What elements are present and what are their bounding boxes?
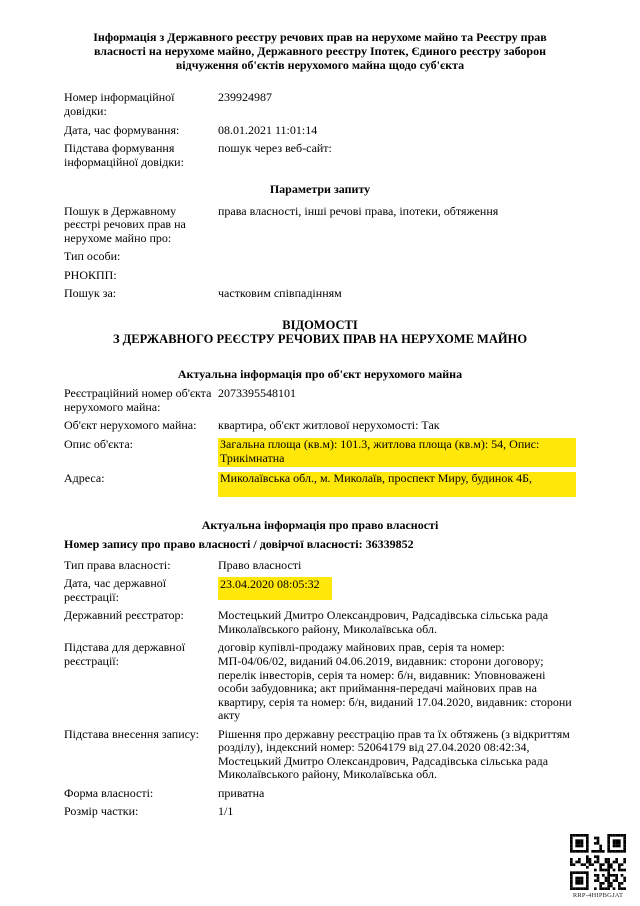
field-value: 2073395548101 xyxy=(218,387,576,414)
field-value: 1/1 xyxy=(218,805,576,819)
field-row-rnokpp: РНОКПП: xyxy=(64,269,576,283)
field-row-ownership-form: Форма власності: приватна xyxy=(64,787,576,801)
field-row-search-scope: Пошук в Державному реєстрі речових прав … xyxy=(64,205,576,246)
field-value xyxy=(218,250,576,264)
field-row-object-type: Об'єкт нерухомого майна: квартира, об'єк… xyxy=(64,419,576,433)
field-value: права власності, інші речові права, іпот… xyxy=(218,205,576,246)
field-label: Тип права власності: xyxy=(64,559,214,573)
field-label: Опис об'єкта: xyxy=(64,438,214,467)
field-label: Тип особи: xyxy=(64,250,214,264)
field-row-address: Адреса: Миколаївська обл., м. Миколаїв, … xyxy=(64,472,576,497)
field-value: Право власності xyxy=(218,559,576,573)
register-heading-line2: З ДЕРЖАВНОГО РЕЄСТРУ РЕЧОВИХ ПРАВ НА НЕР… xyxy=(64,332,576,346)
section-heading-ownership-info: Актуальна інформація про право власності xyxy=(64,519,576,533)
field-label: Об'єкт нерухомого майна: xyxy=(64,419,214,433)
field-value: частковим співпадінням xyxy=(218,287,576,301)
qr-block: RRP-4HIPBGJAT xyxy=(567,834,629,899)
qr-code xyxy=(570,834,626,890)
qr-caption: RRP-4HIPBGJAT xyxy=(567,892,629,899)
field-label: Форма власності: xyxy=(64,787,214,801)
field-value: договір купівлі-продажу майнових прав, с… xyxy=(218,641,576,722)
field-label: Адреса: xyxy=(64,472,214,497)
register-heading-line1: ВІДОМОСТІ xyxy=(64,318,576,332)
ownership-record-number-line: Номер запису про право власності / довір… xyxy=(64,538,576,552)
document-content: Інформація з Державного реєстру речових … xyxy=(0,0,640,819)
section-heading-object-info: Актуальна інформація про об'єкт нерухомо… xyxy=(64,368,576,382)
register-heading: ВІДОМОСТІ З ДЕРЖАВНОГО РЕЄСТРУ РЕЧОВИХ П… xyxy=(64,318,576,347)
field-value: Мостецький Дмитро Олександрович, Радсаді… xyxy=(218,609,576,636)
field-label: Пошук в Державному реєстрі речових прав … xyxy=(64,205,214,246)
field-value: пошук через веб-сайт: xyxy=(218,142,576,169)
field-value: 08.01.2021 11:01:14 xyxy=(218,124,576,138)
field-value-highlighted: Загальна площа (кв.м): 101.3, житлова пл… xyxy=(218,438,576,467)
field-value-highlighted: 23.04.2020 08:05:32 xyxy=(218,577,332,600)
field-row-certificate-number: Номер інформаційної довідки: 239924987 xyxy=(64,91,576,118)
field-value xyxy=(218,269,576,283)
field-label: Номер інформаційної довідки: xyxy=(64,91,214,118)
field-label: Підстава внесення запису: xyxy=(64,728,214,782)
field-label: Дата, час державної реєстрації: xyxy=(64,577,214,604)
field-label: Підстава для державної реєстрації: xyxy=(64,641,214,722)
field-label: Розмір частки: xyxy=(64,805,214,819)
field-value: 239924987 xyxy=(218,91,576,118)
field-row-formation-basis: Підстава формування інформаційної довідк… xyxy=(64,142,576,169)
field-row-search-by: Пошук за: частковим співпадінням xyxy=(64,287,576,301)
field-label: Пошук за: xyxy=(64,287,214,301)
field-row-registration-basis: Підстава для державної реєстрації: догов… xyxy=(64,641,576,722)
field-row-share-size: Розмір частки: 1/1 xyxy=(64,805,576,819)
document-title: Інформація з Державного реєстру речових … xyxy=(72,30,568,72)
field-row-person-type: Тип особи: xyxy=(64,250,576,264)
field-row-registration-number: Реєстраційний номер об'єкта нерухомого м… xyxy=(64,387,576,414)
field-row-state-registrar: Державний реєстратор: Мостецький Дмитро … xyxy=(64,609,576,636)
field-label: Підстава формування інформаційної довідк… xyxy=(64,142,214,169)
field-label: Реєстраційний номер об'єкта нерухомого м… xyxy=(64,387,214,414)
field-row-record-entry-basis: Підстава внесення запису: Рішення про де… xyxy=(64,728,576,782)
document-page: Інформація з Державного реєстру речових … xyxy=(0,0,640,906)
field-label: РНОКПП: xyxy=(64,269,214,283)
field-label: Державний реєстратор: xyxy=(64,609,214,636)
field-row-object-description: Опис об'єкта: Загальна площа (кв.м): 101… xyxy=(64,438,576,467)
field-value: квартира, об'єкт житлової нерухомості: Т… xyxy=(218,419,576,433)
field-label: Дата, час формування: xyxy=(64,124,214,138)
field-row-formation-datetime: Дата, час формування: 08.01.2021 11:01:1… xyxy=(64,124,576,138)
field-value-highlighted: Миколаївська обл., м. Миколаїв, проспект… xyxy=(218,472,576,497)
field-row-ownership-type: Тип права власності: Право власності xyxy=(64,559,576,573)
field-value: Рішення про державну реєстрацію прав та … xyxy=(218,728,576,782)
field-value: приватна xyxy=(218,787,576,801)
field-row-registration-datetime: Дата, час державної реєстрації: 23.04.20… xyxy=(64,577,576,604)
section-heading-query-params: Параметри запиту xyxy=(64,183,576,197)
